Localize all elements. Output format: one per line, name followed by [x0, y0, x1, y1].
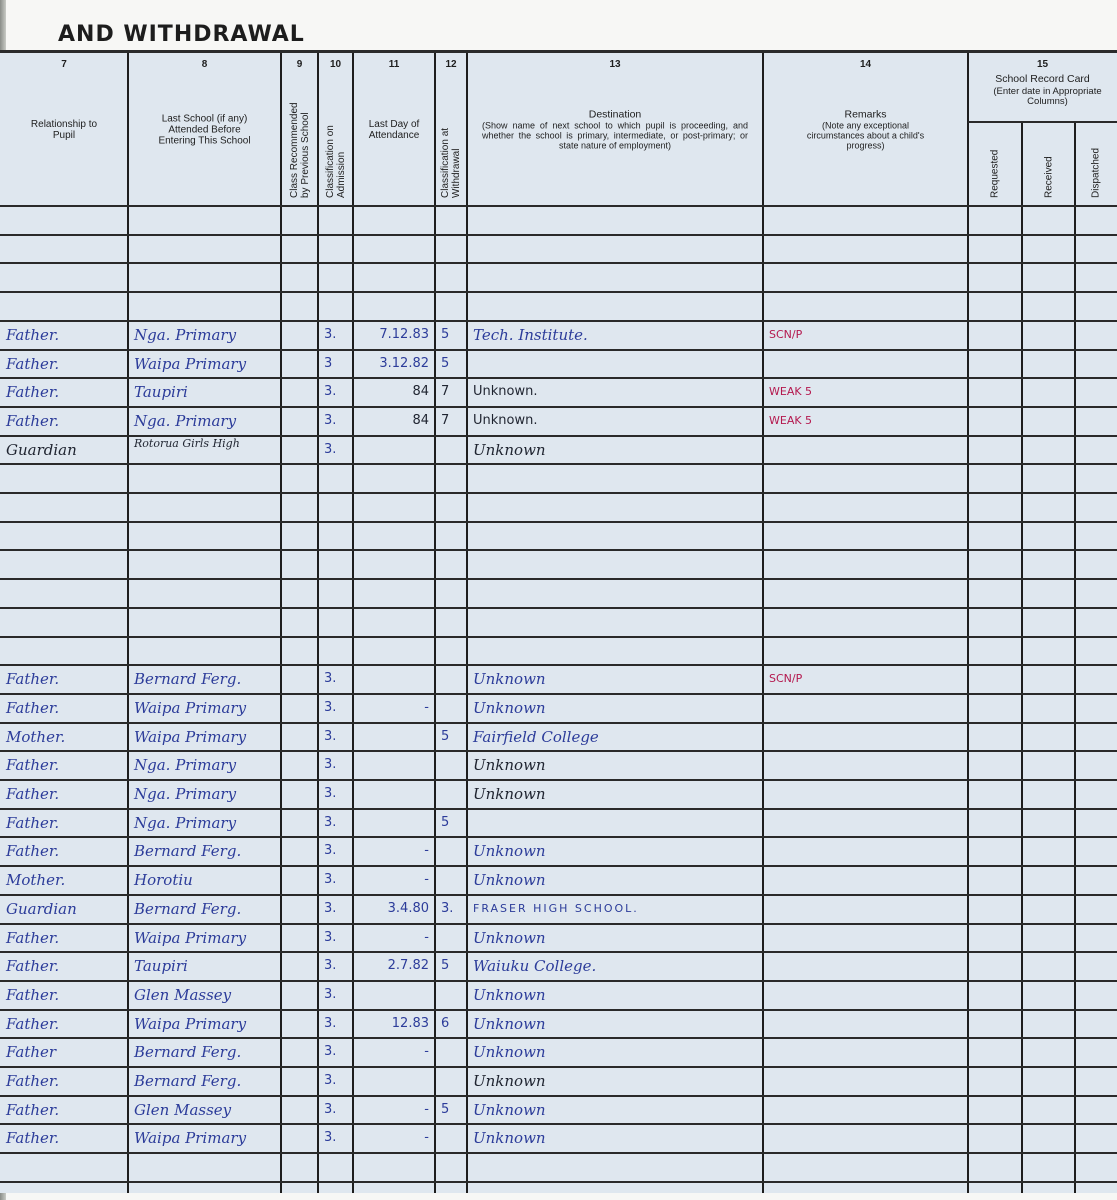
cell-destination — [467, 1153, 763, 1181]
cell-class-withdrawal: 5 — [435, 809, 467, 837]
page-title: AND WITHDRAWAL — [58, 22, 305, 47]
cell-class-recommended — [281, 522, 318, 550]
cell-destination: Fairfield College — [467, 723, 763, 751]
cell-remarks — [763, 751, 968, 779]
col-label: Class Recommended by Previous School — [289, 98, 311, 198]
cell-destination: FRASER HIGH SCHOOL. — [467, 895, 763, 923]
cell-class-withdrawal: 7 — [435, 378, 467, 406]
cell-class-withdrawal — [435, 637, 467, 665]
cell-class-admission — [318, 263, 353, 291]
cell-class-withdrawal — [435, 924, 467, 952]
cell-class-withdrawal — [435, 1153, 467, 1181]
column-rule — [1021, 122, 1023, 1193]
cell-class-admission: 3. — [318, 1096, 353, 1124]
cell-relationship — [0, 493, 128, 521]
cell-class-recommended — [281, 1096, 318, 1124]
cell-relationship: Father. — [0, 407, 128, 435]
col-header-relationship: 7 Relationship to Pupil — [0, 53, 128, 206]
cell-class-withdrawal — [435, 263, 467, 291]
cell-last-school: Waipa Primary — [128, 924, 281, 952]
cell-relationship: Father. — [0, 321, 128, 349]
cell-last-day — [353, 637, 435, 665]
cell-destination: Unknown — [467, 694, 763, 722]
cell-last-day — [353, 263, 435, 291]
cell-class-withdrawal — [435, 751, 467, 779]
cell-class-admission: 3. — [318, 378, 353, 406]
cell-relationship: Father. — [0, 1067, 128, 1095]
col-label-group: Destination (Show name of next school to… — [470, 109, 760, 150]
cell-last-day — [353, 1153, 435, 1181]
cell-destination — [467, 464, 763, 492]
cell-relationship — [0, 263, 128, 291]
cell-class-admission: 3. — [318, 1038, 353, 1066]
cell-class-admission — [318, 608, 353, 636]
cell-last-day — [353, 436, 435, 464]
subheader-rule — [968, 121, 1117, 123]
col-header-class-withdrawal: 12 Classification at Withdrawal — [435, 53, 467, 206]
col-header-class-recommended: 9 Class Recommended by Previous School — [281, 53, 318, 206]
cell-remarks — [763, 866, 968, 894]
cell-last-school: Bernard Ferg. — [128, 1067, 281, 1095]
cell-relationship: Guardian — [0, 436, 128, 464]
col-header-remarks: 14 Remarks (Note any exceptional circums… — [763, 53, 968, 206]
cell-class-recommended — [281, 321, 318, 349]
cell-relationship — [0, 522, 128, 550]
cell-class-recommended — [281, 866, 318, 894]
cell-relationship: Father. — [0, 350, 128, 378]
cell-remarks — [763, 1153, 968, 1181]
cell-class-recommended — [281, 378, 318, 406]
col-label-group: Remarks (Note any exceptional circumstan… — [766, 109, 965, 150]
cell-remarks: WEAK 5 — [763, 407, 968, 435]
cell-relationship — [0, 1153, 128, 1181]
cell-class-admission — [318, 522, 353, 550]
cell-class-withdrawal — [435, 1038, 467, 1066]
cell-last-day — [353, 235, 435, 263]
cell-last-school: Nga. Primary — [128, 407, 281, 435]
cell-last-day — [353, 522, 435, 550]
cell-last-day — [353, 751, 435, 779]
cell-destination: Unknown. — [467, 407, 763, 435]
cell-class-admission: 3. — [318, 837, 353, 865]
col-sublabel: (Enter date in Appropriate Columns) — [982, 87, 1113, 107]
col-label: School Record Card — [968, 74, 1117, 85]
cell-last-day — [353, 579, 435, 607]
cell-relationship — [0, 608, 128, 636]
cell-last-day — [353, 981, 435, 1009]
cell-last-day: 7.12.83 — [353, 321, 435, 349]
cell-remarks — [763, 292, 968, 320]
cell-last-school: Waipa Primary — [128, 350, 281, 378]
cell-class-admission: 3. — [318, 1124, 353, 1152]
cell-relationship — [0, 235, 128, 263]
col-sublabel: (Note any exceptional circumstances abou… — [800, 120, 931, 150]
cell-class-withdrawal — [435, 522, 467, 550]
cell-class-recommended — [281, 1010, 318, 1038]
cell-class-recommended — [281, 608, 318, 636]
cell-class-withdrawal: 6 — [435, 1010, 467, 1038]
cell-relationship: Mother. — [0, 866, 128, 894]
cell-relationship — [0, 292, 128, 320]
cell-last-school: Waipa Primary — [128, 723, 281, 751]
cell-destination: Unknown — [467, 436, 763, 464]
cell-class-admission: 3. — [318, 809, 353, 837]
cell-remarks — [763, 837, 968, 865]
cell-relationship — [0, 579, 128, 607]
cell-class-recommended — [281, 579, 318, 607]
cell-class-withdrawal — [435, 780, 467, 808]
cell-destination — [467, 550, 763, 578]
cell-destination: Unknown — [467, 1067, 763, 1095]
cell-class-recommended — [281, 350, 318, 378]
cell-class-admission — [318, 235, 353, 263]
cell-class-withdrawal — [435, 694, 467, 722]
cell-remarks — [763, 924, 968, 952]
cell-last-day: - — [353, 1096, 435, 1124]
cell-remarks — [763, 550, 968, 578]
cell-last-school — [128, 550, 281, 578]
cell-remarks — [763, 206, 968, 234]
cell-class-recommended — [281, 464, 318, 492]
cell-remarks — [763, 1038, 968, 1066]
cell-destination — [467, 350, 763, 378]
col-number: 9 — [281, 59, 318, 70]
col-label: Received — [1043, 156, 1054, 198]
cell-class-withdrawal — [435, 436, 467, 464]
cell-destination: Unknown — [467, 1010, 763, 1038]
cell-class-admission: 3. — [318, 665, 353, 693]
cell-destination: Unknown — [467, 1096, 763, 1124]
col-header-dispatched: Dispatched — [1075, 122, 1117, 206]
cell-class-recommended — [281, 751, 318, 779]
cell-relationship: Father. — [0, 694, 128, 722]
cell-last-day: 12.83 — [353, 1010, 435, 1038]
cell-class-recommended — [281, 723, 318, 751]
cell-destination: Unknown — [467, 780, 763, 808]
cell-remarks: SCN/P — [763, 665, 968, 693]
cell-class-admission: 3. — [318, 1067, 353, 1095]
cell-remarks — [763, 579, 968, 607]
cell-destination — [467, 608, 763, 636]
cell-remarks: SCN/P — [763, 321, 968, 349]
cell-class-admission — [318, 579, 353, 607]
cell-remarks — [763, 1096, 968, 1124]
cell-relationship: Father. — [0, 837, 128, 865]
cell-class-admission — [318, 292, 353, 320]
cell-last-day: 3.12.82 — [353, 350, 435, 378]
cell-class-withdrawal — [435, 493, 467, 521]
cell-remarks — [763, 780, 968, 808]
cell-class-admission: 3. — [318, 866, 353, 894]
cell-last-day — [353, 464, 435, 492]
cell-class-recommended — [281, 637, 318, 665]
cell-last-school: Nga. Primary — [128, 780, 281, 808]
cell-class-recommended — [281, 292, 318, 320]
cell-last-school — [128, 292, 281, 320]
cell-class-withdrawal: 5 — [435, 350, 467, 378]
cell-destination: Unknown — [467, 981, 763, 1009]
cell-last-school: Nga. Primary — [128, 751, 281, 779]
cell-class-withdrawal — [435, 1067, 467, 1095]
cell-class-recommended — [281, 837, 318, 865]
cell-class-admission — [318, 637, 353, 665]
cell-last-school: Waipa Primary — [128, 1010, 281, 1038]
cell-relationship: Father. — [0, 1010, 128, 1038]
cell-last-day: - — [353, 924, 435, 952]
cell-class-withdrawal — [435, 235, 467, 263]
cell-relationship: Father. — [0, 780, 128, 808]
cell-last-school — [128, 206, 281, 234]
cell-relationship: Father. — [0, 952, 128, 980]
cell-relationship — [0, 550, 128, 578]
cell-last-school: Nga. Primary — [128, 321, 281, 349]
cell-last-day — [353, 1067, 435, 1095]
row-rule — [0, 1181, 1117, 1183]
cell-destination: Unknown — [467, 1038, 763, 1066]
cell-destination — [467, 235, 763, 263]
cell-class-admission: 3. — [318, 780, 353, 808]
cell-destination — [467, 292, 763, 320]
cell-remarks — [763, 694, 968, 722]
cell-last-school — [128, 493, 281, 521]
col-label: Destination — [482, 109, 748, 120]
cell-class-withdrawal — [435, 292, 467, 320]
cell-destination: Unknown — [467, 866, 763, 894]
col-header-received: Received — [1022, 122, 1075, 206]
cell-last-school: Nga. Primary — [128, 809, 281, 837]
cell-last-school: Bernard Ferg. — [128, 837, 281, 865]
cell-destination: Unknown — [467, 1124, 763, 1152]
cell-remarks — [763, 809, 968, 837]
col-header-record-card: 15 School Record Card (Enter date in App… — [968, 53, 1117, 122]
cell-destination — [467, 493, 763, 521]
col-number: 10 — [318, 59, 353, 70]
cell-class-withdrawal — [435, 608, 467, 636]
col-label: Relationship to Pupil — [3, 119, 125, 141]
cell-remarks — [763, 608, 968, 636]
cell-class-recommended — [281, 924, 318, 952]
cell-class-withdrawal — [435, 981, 467, 1009]
cell-class-admission — [318, 1153, 353, 1181]
cell-class-admission: 3. — [318, 407, 353, 435]
cell-class-recommended — [281, 263, 318, 291]
cell-last-day — [353, 206, 435, 234]
cell-class-admission — [318, 464, 353, 492]
cell-class-recommended — [281, 665, 318, 693]
cell-remarks — [763, 436, 968, 464]
cell-class-recommended — [281, 1038, 318, 1066]
cell-last-day — [353, 780, 435, 808]
col-label: Last Day of Attendance — [356, 119, 432, 141]
cell-class-withdrawal — [435, 206, 467, 234]
cell-class-recommended — [281, 436, 318, 464]
cell-last-day: - — [353, 694, 435, 722]
cell-remarks — [763, 723, 968, 751]
cell-destination: Unknown — [467, 837, 763, 865]
cell-last-school: Bernard Ferg. — [128, 1038, 281, 1066]
cell-relationship: Father — [0, 1038, 128, 1066]
cell-last-school: Bernard Ferg. — [128, 895, 281, 923]
cell-class-admission: 3. — [318, 694, 353, 722]
cell-class-withdrawal — [435, 866, 467, 894]
column-rule — [1074, 122, 1076, 1193]
cell-last-school — [128, 464, 281, 492]
cell-last-day: - — [353, 1038, 435, 1066]
col-number: 12 — [435, 59, 467, 70]
cell-class-admission: 3. — [318, 1010, 353, 1038]
cell-class-recommended — [281, 809, 318, 837]
cell-relationship — [0, 637, 128, 665]
cell-class-recommended — [281, 1067, 318, 1095]
cell-relationship: Father. — [0, 1096, 128, 1124]
cell-class-withdrawal — [435, 550, 467, 578]
cell-remarks: WEAK 5 — [763, 378, 968, 406]
cell-relationship: Father. — [0, 378, 128, 406]
cell-relationship: Father. — [0, 751, 128, 779]
cell-class-recommended — [281, 895, 318, 923]
cell-last-day: 84 — [353, 378, 435, 406]
col-label: Classification on Admission — [325, 118, 347, 198]
cell-remarks — [763, 952, 968, 980]
cell-remarks — [763, 350, 968, 378]
cell-last-day — [353, 723, 435, 751]
cell-destination — [467, 809, 763, 837]
cell-class-recommended — [281, 981, 318, 1009]
cell-last-day: - — [353, 837, 435, 865]
cell-last-school — [128, 235, 281, 263]
cell-relationship — [0, 206, 128, 234]
cell-class-recommended — [281, 694, 318, 722]
cell-last-day: 2.7.82 — [353, 952, 435, 980]
cell-last-school — [128, 263, 281, 291]
cell-relationship — [0, 464, 128, 492]
cell-class-recommended — [281, 493, 318, 521]
cell-class-withdrawal: 3. — [435, 895, 467, 923]
cell-remarks — [763, 1067, 968, 1095]
cell-destination: Unknown — [467, 751, 763, 779]
register-page: AND WITHDRAWAL 7 Relationship to Pupil 8… — [0, 0, 1117, 1200]
cell-relationship: Father. — [0, 924, 128, 952]
cell-relationship: Father. — [0, 809, 128, 837]
cell-class-admission — [318, 206, 353, 234]
cell-last-day — [353, 493, 435, 521]
cell-destination — [467, 637, 763, 665]
cell-class-admission — [318, 550, 353, 578]
cell-last-school — [128, 1153, 281, 1181]
cell-remarks — [763, 895, 968, 923]
cell-last-day: - — [353, 1124, 435, 1152]
cell-last-day — [353, 292, 435, 320]
cell-last-school: Bernard Ferg. — [128, 665, 281, 693]
cell-class-admission: 3. — [318, 952, 353, 980]
cell-class-admission: 3. — [318, 751, 353, 779]
cell-class-recommended — [281, 407, 318, 435]
cell-class-recommended — [281, 952, 318, 980]
cell-class-admission: 3. — [318, 436, 353, 464]
cell-remarks — [763, 493, 968, 521]
col-number: 8 — [128, 59, 281, 70]
cell-last-school: Glen Massey — [128, 1096, 281, 1124]
cell-remarks — [763, 981, 968, 1009]
cell-last-day — [353, 608, 435, 636]
cell-remarks — [763, 235, 968, 263]
cell-last-school: Horotiu — [128, 866, 281, 894]
col-header-requested: Requested — [968, 122, 1022, 206]
cell-class-recommended — [281, 1153, 318, 1181]
cell-class-admission: 3. — [318, 924, 353, 952]
cell-class-admission: 3 — [318, 350, 353, 378]
cell-class-withdrawal: 5 — [435, 1096, 467, 1124]
cell-relationship: Father. — [0, 665, 128, 693]
cell-class-withdrawal — [435, 665, 467, 693]
cell-class-withdrawal: 5 — [435, 952, 467, 980]
col-label: Classification at Withdrawal — [440, 126, 462, 198]
cell-destination: Waiuku College. — [467, 952, 763, 980]
cell-remarks — [763, 522, 968, 550]
col-number: 7 — [0, 59, 128, 70]
cell-last-day: 84 — [353, 407, 435, 435]
cell-last-school — [128, 637, 281, 665]
col-header-class-admission: 10 Classification on Admission — [318, 53, 353, 206]
cell-destination: Unknown — [467, 924, 763, 952]
cell-class-recommended — [281, 235, 318, 263]
cell-last-school — [128, 608, 281, 636]
cell-class-recommended — [281, 780, 318, 808]
cell-remarks — [763, 1124, 968, 1152]
col-label: Last School (if any) Attended Before Ent… — [131, 113, 278, 146]
cell-destination: Tech. Institute. — [467, 321, 763, 349]
cell-class-withdrawal — [435, 837, 467, 865]
cell-last-day — [353, 665, 435, 693]
col-label: Dispatched — [1091, 148, 1102, 198]
cell-destination: Unknown — [467, 665, 763, 693]
cell-class-admission: 3. — [318, 723, 353, 751]
cell-relationship: Father. — [0, 981, 128, 1009]
cell-last-school: Taupiri — [128, 952, 281, 980]
cell-class-withdrawal — [435, 464, 467, 492]
cell-relationship: Mother. — [0, 723, 128, 751]
col-label: Requested — [990, 150, 1001, 198]
cell-class-withdrawal — [435, 1124, 467, 1152]
cell-last-school: Glen Massey — [128, 981, 281, 1009]
cell-last-school: Taupiri — [128, 378, 281, 406]
cell-class-admission: 3. — [318, 321, 353, 349]
cell-remarks — [763, 1010, 968, 1038]
cell-destination — [467, 206, 763, 234]
cell-last-day — [353, 550, 435, 578]
cell-destination — [467, 522, 763, 550]
col-header-last-school: 8 Last School (if any) Attended Before E… — [128, 53, 281, 206]
cell-last-day — [353, 809, 435, 837]
cell-class-withdrawal — [435, 579, 467, 607]
cell-last-day: - — [353, 866, 435, 894]
cell-class-withdrawal: 7 — [435, 407, 467, 435]
cell-destination — [467, 263, 763, 291]
cell-destination — [467, 579, 763, 607]
cell-remarks — [763, 637, 968, 665]
cell-destination: Unknown. — [467, 378, 763, 406]
cell-class-recommended — [281, 550, 318, 578]
cell-last-school — [128, 579, 281, 607]
col-number: 14 — [763, 59, 968, 70]
cell-class-recommended — [281, 1124, 318, 1152]
cell-relationship: Father. — [0, 1124, 128, 1152]
cell-remarks — [763, 263, 968, 291]
col-number: 11 — [353, 59, 435, 70]
cell-relationship: Guardian — [0, 895, 128, 923]
cell-last-school: Waipa Primary — [128, 1124, 281, 1152]
cell-remarks — [763, 464, 968, 492]
